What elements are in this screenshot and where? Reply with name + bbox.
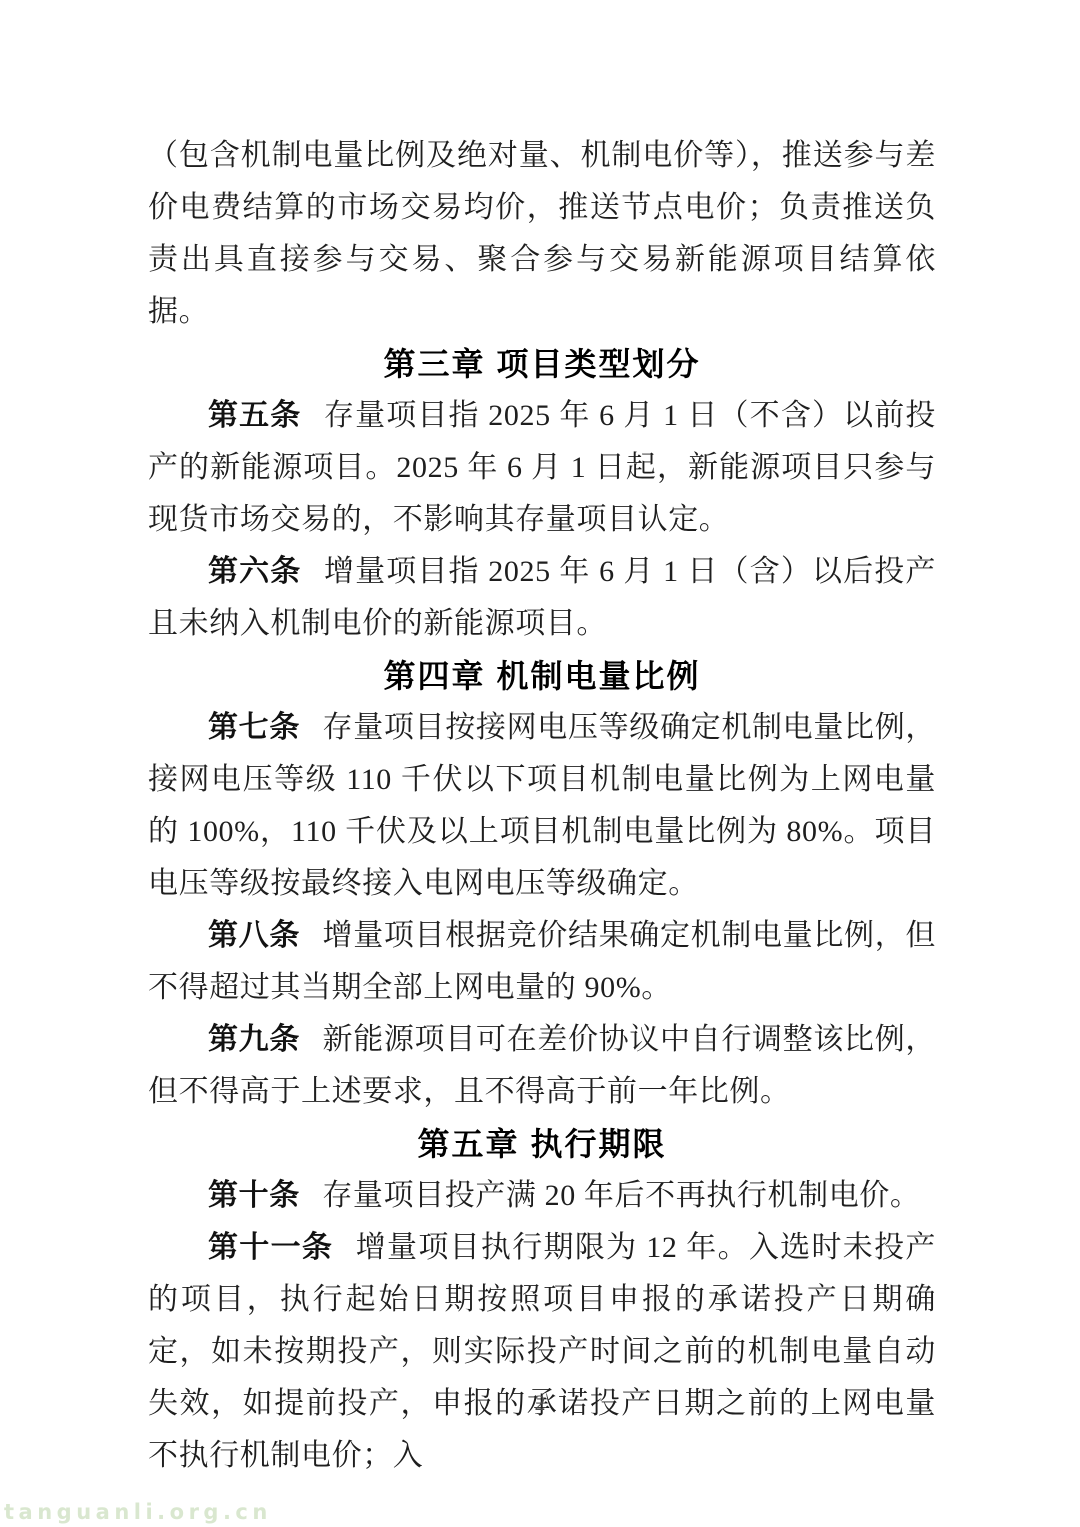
article-paragraph-11: 第十一条增量项目执行期限为 12 年。入选时未投产的项目，执行起始日期按照项目申… — [148, 1222, 936, 1482]
page-number: 2 — [0, 1388, 1080, 1418]
article-number-label: 第七条 — [208, 711, 300, 744]
chapter-heading-5: 第五章 执行期限 — [148, 1118, 936, 1170]
article-paragraph-8: 第八条增量项目根据竞价结果确定机制电量比例，但不得超过其当期全部上网电量的 90… — [148, 910, 936, 1014]
document-page: { "page": { "number": "2", "watermark": … — [0, 0, 1080, 1527]
continuation-paragraph: （包含机制电量比例及绝对量、机制电价等），推送参与差价电费结算的市场交易均价，推… — [148, 130, 936, 338]
article-number-label: 第十一条 — [208, 1231, 333, 1264]
article-number-label: 第十条 — [208, 1179, 300, 1212]
chapter-heading-3: 第三章 项目类型划分 — [148, 338, 936, 390]
article-paragraph-5: 第五条存量项目指 2025 年 6 月 1 日（不含）以前投产的新能源项目。20… — [148, 390, 936, 546]
article-paragraph-7: 第七条存量项目按接网电压等级确定机制电量比例，接网电压等级 110 千伏以下项目… — [148, 702, 936, 910]
article-paragraph-6: 第六条增量项目指 2025 年 6 月 1 日（含）以后投产且未纳入机制电价的新… — [148, 546, 936, 650]
article-text: 存量项目投产满 20 年后不再执行机制电价。 — [322, 1179, 920, 1212]
chapter-heading-4: 第四章 机制电量比例 — [148, 650, 936, 702]
article-text: 增量项目执行期限为 12 年。入选时未投产的项目，执行起始日期按照项目申报的承诺… — [148, 1231, 936, 1472]
article-number-label: 第九条 — [208, 1023, 300, 1056]
article-number-label: 第五条 — [208, 399, 301, 432]
article-number-label: 第六条 — [208, 555, 301, 588]
article-paragraph-9: 第九条新能源项目可在差价协议中自行调整该比例，但不得高于上述要求，且不得高于前一… — [148, 1014, 936, 1118]
site-watermark: tanguanli.org.cn — [4, 1500, 272, 1524]
article-number-label: 第八条 — [208, 919, 300, 952]
document-body: （包含机制电量比例及绝对量、机制电价等），推送参与差价电费结算的市场交易均价，推… — [148, 130, 936, 1482]
article-paragraph-10: 第十条存量项目投产满 20 年后不再执行机制电价。 — [148, 1170, 936, 1222]
